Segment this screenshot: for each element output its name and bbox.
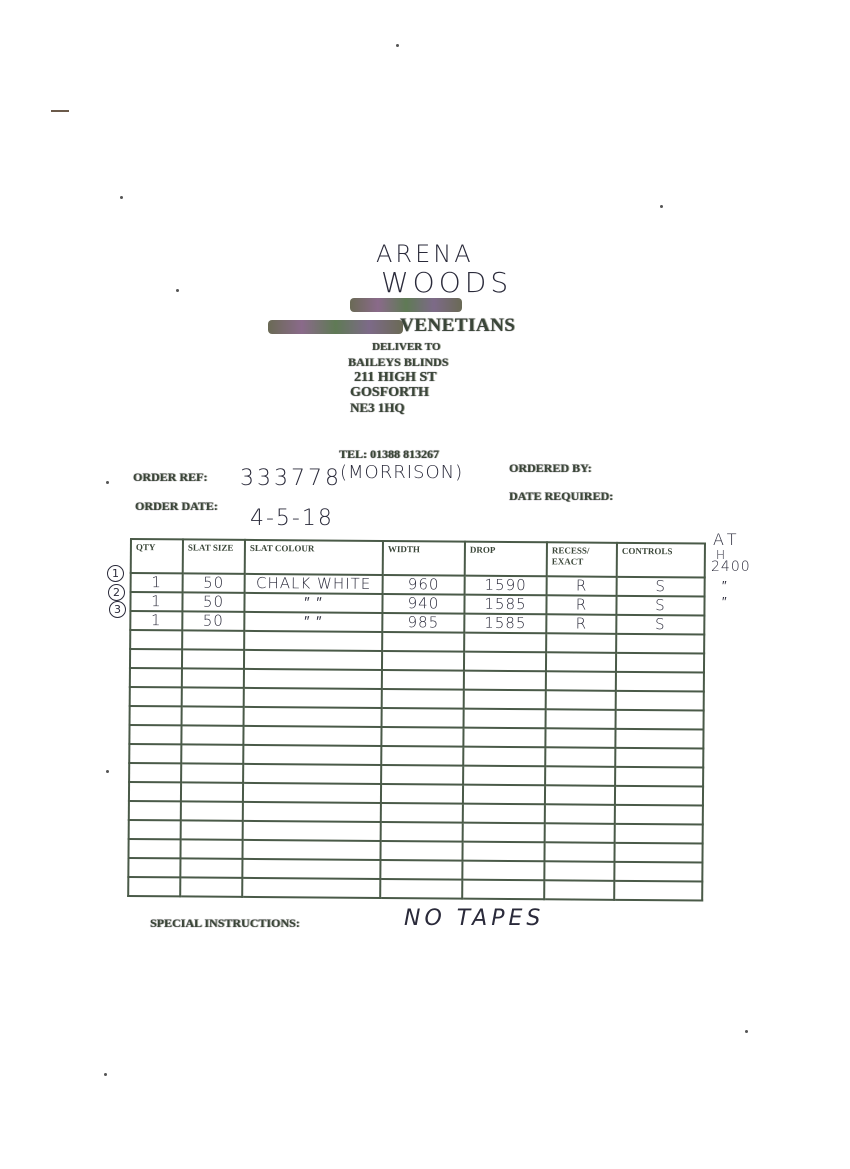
cell-width <box>382 632 464 652</box>
cell-recess-exact <box>546 709 616 729</box>
cell-controls <box>614 881 702 901</box>
cell-recess-exact: R <box>546 595 616 615</box>
cell-qty <box>130 687 182 706</box>
redaction-bar <box>350 298 462 312</box>
cell-slat-size <box>182 687 244 706</box>
cell-qty <box>129 782 181 801</box>
cell-width <box>381 822 463 842</box>
cell-slat-size <box>181 782 243 801</box>
cell-slat-colour <box>244 707 382 727</box>
order-date-label: ORDER DATE: <box>135 499 218 514</box>
cell-recess-exact <box>544 880 614 900</box>
cell-qty <box>130 649 182 668</box>
cell-drop <box>463 766 545 786</box>
column-header-slat-size: SLAT SIZE <box>183 539 245 573</box>
cell-slat-colour <box>243 783 381 803</box>
cell-qty <box>128 877 180 896</box>
cell-slat-colour <box>243 802 381 822</box>
column-header-drop: DROP <box>465 542 547 577</box>
table-row-empty <box>128 877 702 901</box>
company-name-handwritten-line-1: ARENA <box>376 240 474 268</box>
cell-qty <box>129 801 181 820</box>
cell-slat-size: 50 <box>182 592 244 611</box>
cell-slat-size <box>181 820 243 839</box>
cell-width: 985 <box>382 613 464 633</box>
cell-controls <box>615 786 703 806</box>
cell-slat-size: 50 <box>182 611 244 630</box>
cell-slat-colour <box>242 840 380 860</box>
cell-recess-exact <box>545 728 615 748</box>
cell-controls <box>616 634 704 654</box>
cell-slat-size <box>182 706 244 725</box>
cell-controls <box>616 710 704 730</box>
column-header-recess-exact: RECESS/ EXACT <box>547 542 617 577</box>
cell-controls: S <box>616 596 704 616</box>
cell-drop: 1585 <box>464 595 546 615</box>
cell-drop <box>463 785 545 805</box>
column-header-controls: CONTROLS <box>617 543 705 578</box>
cell-qty <box>128 858 180 877</box>
cell-recess-exact <box>544 861 614 881</box>
cell-recess-exact <box>545 785 615 805</box>
cell-qty <box>129 725 181 744</box>
cell-slat-colour <box>243 764 381 784</box>
cell-slat-colour <box>244 631 382 651</box>
deliver-to-label: DELIVER TO <box>372 341 440 353</box>
cell-drop <box>464 652 546 672</box>
cell-width <box>380 860 462 880</box>
telephone: TEL: 01388 813267 <box>339 447 439 462</box>
cell-slat-size <box>180 877 242 896</box>
cell-controls <box>614 862 702 882</box>
column-header-width: WIDTH <box>383 541 465 576</box>
redaction-bar <box>268 320 403 334</box>
cell-slat-size <box>181 763 243 782</box>
cell-slat-colour <box>243 745 381 765</box>
cell-width <box>382 651 464 671</box>
cell-qty <box>129 744 181 763</box>
order-ref-note: (MORRISON) <box>340 462 463 483</box>
cell-drop: 1590 <box>465 576 547 596</box>
side-note-ditto: ″ <box>722 578 727 594</box>
cell-width <box>381 784 463 804</box>
company-name-handwritten-line-2: WOODS <box>381 266 512 299</box>
cell-drop <box>464 690 546 710</box>
cell-slat-colour: ″ ″ <box>244 612 382 632</box>
cell-controls <box>616 672 704 692</box>
address-line: GOSFORTH <box>350 385 429 401</box>
cell-slat-colour <box>243 726 381 746</box>
cell-slat-size <box>181 744 243 763</box>
cell-slat-size <box>182 649 244 668</box>
cell-slat-colour <box>244 669 382 689</box>
cell-drop <box>462 880 544 900</box>
cell-slat-size <box>182 668 244 687</box>
row-number-badge: 1 <box>107 565 124 582</box>
scan-speck <box>106 481 109 484</box>
cell-controls <box>615 824 703 844</box>
cell-slat-size <box>181 725 243 744</box>
cell-controls <box>616 691 704 711</box>
side-note: 2400 <box>711 559 751 575</box>
cell-recess-exact <box>546 671 616 691</box>
cell-drop: 1585 <box>464 614 546 634</box>
cell-recess-exact <box>545 766 615 786</box>
cell-slat-size: 50 <box>183 573 245 592</box>
cell-controls <box>616 653 704 673</box>
cell-qty: 1 <box>130 592 182 611</box>
side-note-ditto: ″ <box>722 594 727 610</box>
cell-drop <box>463 804 545 824</box>
address-line: NE3 1HQ <box>350 400 405 416</box>
column-header-qty: QTY <box>131 539 183 573</box>
cell-recess-exact <box>545 747 615 767</box>
cell-width <box>382 670 464 690</box>
cell-controls <box>615 805 703 825</box>
cell-controls <box>614 843 702 863</box>
cell-slat-colour: ″ ″ <box>244 593 382 613</box>
cell-qty <box>130 668 182 687</box>
scan-speck <box>745 1030 748 1033</box>
cell-width <box>381 765 463 785</box>
cell-recess-exact <box>544 842 614 862</box>
order-ref-value: 333778 <box>240 466 342 491</box>
cell-slat-colour <box>242 859 380 879</box>
scan-mark <box>51 110 69 112</box>
cell-controls <box>615 748 703 768</box>
cell-width <box>381 803 463 823</box>
scan-speck <box>104 1073 107 1076</box>
special-instructions-value: NO TAPES <box>404 906 544 931</box>
cell-width <box>381 746 463 766</box>
scan-speck <box>660 205 663 208</box>
cell-width <box>382 708 464 728</box>
cell-qty: 1 <box>131 573 183 592</box>
cell-slat-size <box>180 839 242 858</box>
scan-speck <box>120 196 123 199</box>
cell-recess-exact <box>546 690 616 710</box>
cell-controls: S <box>617 577 705 597</box>
cell-drop <box>462 861 544 881</box>
cell-recess-exact <box>545 823 615 843</box>
cell-qty: 1 <box>130 611 182 630</box>
cell-qty <box>130 630 182 649</box>
special-instructions-label: SPECIAL INSTRUCTIONS: <box>150 916 300 931</box>
order-table: QTY SLAT SIZE SLAT COLOUR WIDTH DROP REC… <box>127 538 706 902</box>
cell-slat-colour: CHALK WHITE <box>245 574 383 594</box>
address-line: 211 HIGH ST <box>354 370 436 386</box>
cell-controls <box>615 729 703 749</box>
cell-drop <box>463 728 545 748</box>
cell-width <box>380 879 462 899</box>
cell-drop <box>464 709 546 729</box>
cell-slat-colour <box>244 650 382 670</box>
cell-drop <box>464 633 546 653</box>
cell-recess-exact <box>545 804 615 824</box>
cell-recess-exact <box>546 652 616 672</box>
cell-qty <box>128 839 180 858</box>
cell-controls: S <box>616 615 704 635</box>
cell-drop <box>462 842 544 862</box>
cell-recess-exact: R <box>547 576 617 596</box>
scan-speck <box>106 770 109 773</box>
address-line: BAILEYS BLINDS <box>348 355 448 370</box>
order-date-value: 4-5-18 <box>250 506 334 531</box>
cell-slat-size <box>182 630 244 649</box>
cell-drop <box>463 823 545 843</box>
cell-qty <box>129 763 181 782</box>
cell-qty <box>130 706 182 725</box>
scan-speck <box>396 44 399 47</box>
date-required-label: DATE REQUIRED: <box>509 489 613 504</box>
cell-width <box>382 689 464 709</box>
cell-controls <box>615 767 703 787</box>
cell-drop <box>463 747 545 767</box>
cell-slat-colour <box>243 821 381 841</box>
column-header-slat-colour: SLAT COLOUR <box>245 540 383 575</box>
cell-slat-size <box>181 801 243 820</box>
row-number-badge: 2 <box>108 584 125 601</box>
cell-width: 960 <box>383 575 465 595</box>
cell-slat-colour <box>244 688 382 708</box>
cell-recess-exact: R <box>546 614 616 634</box>
brand-name: VENETIANS <box>400 315 515 337</box>
cell-qty <box>129 820 181 839</box>
cell-drop <box>464 671 546 691</box>
ordered-by-label: ORDERED BY: <box>509 461 592 476</box>
cell-width <box>380 841 462 861</box>
cell-width <box>381 727 463 747</box>
row-number-badge: 3 <box>109 601 126 618</box>
cell-width: 940 <box>382 594 464 614</box>
cell-recess-exact <box>546 633 616 653</box>
table-header-row: QTY SLAT SIZE SLAT COLOUR WIDTH DROP REC… <box>131 539 705 578</box>
order-ref-label: ORDER REF: <box>133 470 207 485</box>
side-note: AT <box>713 530 740 549</box>
scan-speck <box>176 289 179 292</box>
cell-slat-size <box>180 858 242 877</box>
cell-slat-colour <box>242 878 380 898</box>
